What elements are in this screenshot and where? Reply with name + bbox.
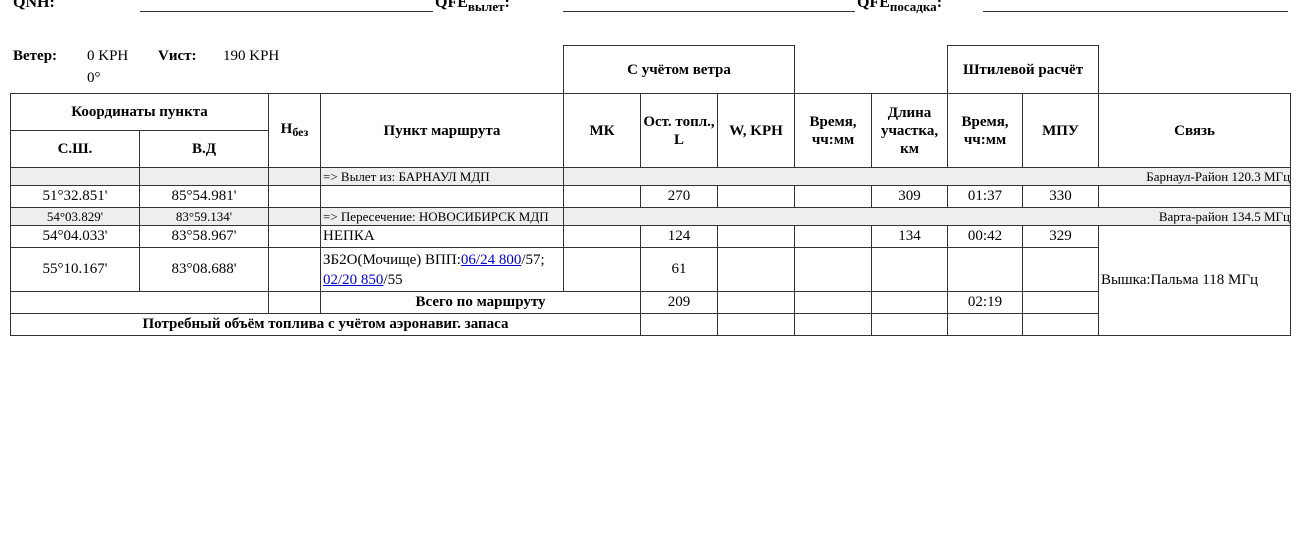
fuel-header: Ост. топл., L [641,94,718,168]
time-wind-cell [795,186,872,208]
qfe-landing-label: QFEпосадка: [857,0,942,15]
lon-cell: 83°59.134' [140,208,269,226]
with-wind-group-header: С учётом ветра [564,46,795,94]
mpu-cell: 329 [1023,226,1099,248]
table-row-event: 54°03.829' 83°59.134' => Пересечение: НО… [11,208,1291,226]
time-calm-cell [948,248,1023,292]
w-cell [718,186,795,208]
hbez-cell [269,186,321,208]
total-time-calm: 02:19 [948,292,1023,314]
total-row: Всего по маршруту 209 02:19 [11,292,1291,314]
lat-cell: 55°10.167' [11,248,140,292]
fuel-cell: 61 [641,248,718,292]
lat-header: С.Ш. [11,131,140,168]
lat-cell: 54°04.033' [11,226,140,248]
lat-cell: 54°03.829' [11,208,140,226]
length-header: Длина участка, км [872,94,948,168]
point-header: Пункт маршрута [321,94,564,168]
point-cell [321,186,564,208]
mpu-header: МПУ [1023,94,1099,168]
qnh-field[interactable] [140,11,433,12]
hbez-cell [269,248,321,292]
lon-cell: 83°58.967' [140,226,269,248]
qfe-landing-field[interactable] [983,11,1288,12]
total-label: Всего по маршруту [321,292,641,314]
calm-group-header: Штилевой расчёт [948,46,1099,94]
comm-header: Связь [1099,94,1291,168]
lon-cell: 83°08.688' [140,248,269,292]
coords-header: Координаты пункта [11,94,269,131]
w-cell [718,226,795,248]
runway-link-2[interactable]: 02/20 850 [323,272,383,288]
total-fuel: 209 [641,292,718,314]
hbez-header: Hбез [269,94,321,168]
required-fuel-row: Потребный объём топлива с учётом аэронав… [11,314,1291,336]
table-row-event: => Вылет из: БАРНАУЛ МДП Барнаул-Район 1… [11,168,1291,186]
pressure-line: QNH: QFEвылет: QFEпосадка: [0,0,1299,20]
event-comm: Барнаул-Район 120.3 МГц [564,168,1291,186]
runway-link-1[interactable]: 06/24 800 [461,252,521,268]
total-time-wind [795,292,872,314]
time-calm-cell: 00:42 [948,226,1023,248]
mpu-cell: 330 [1023,186,1099,208]
lon-header: В.Д [140,131,269,168]
hbez-cell [269,226,321,248]
length-cell [872,248,948,292]
point-cell: НЕПКА [321,226,564,248]
time-wind-header: Время, чч:мм [795,94,872,168]
mk-cell [564,226,641,248]
fuel-cell: 124 [641,226,718,248]
table-row: 54°04.033' 83°58.967' НЕПКА 124 134 00:4… [11,226,1291,248]
lat-cell: 51°32.851' [11,186,140,208]
point-cell: ЗБ2О(Мочище) ВПП:06/24 800/57;02/20 850/… [321,248,564,292]
w-header: W, KPH [718,94,795,168]
time-wind-cell [795,226,872,248]
required-fuel-label: Потребный объём топлива с учётом аэронав… [11,314,641,336]
required-fuel-value [641,314,718,336]
event-text: => Вылет из: БАРНАУЛ МДП [321,168,564,186]
w-cell [718,248,795,292]
fuel-cell: 270 [641,186,718,208]
lat-cell [11,168,140,186]
event-comm: Варта-район 134.5 МГц [564,208,1291,226]
table-row: 55°10.167' 83°08.688' ЗБ2О(Мочище) ВПП:0… [11,248,1291,292]
mk-header: МК [564,94,641,168]
qnh-label: QNH: [13,0,55,12]
comm-cell-tower: Вышка:Пальма 118 МГц [1099,226,1291,336]
qfe-departure-field[interactable] [563,11,855,12]
comm-cell [1099,186,1291,208]
total-length [872,292,948,314]
mk-cell [564,248,641,292]
time-calm-header: Время, чч:мм [948,94,1023,168]
time-wind-cell [795,248,872,292]
length-cell: 134 [872,226,948,248]
mk-cell [564,186,641,208]
route-table: С учётом ветра Штилевой расчёт Координат… [10,45,1291,336]
total-mpu [1023,292,1099,314]
time-calm-cell: 01:37 [948,186,1023,208]
length-cell: 309 [872,186,948,208]
qfe-departure-label: QFEвылет: [435,0,510,15]
lon-cell: 85°54.981' [140,186,269,208]
lon-cell [140,168,269,186]
event-text: => Пересечение: НОВОСИБИРСК МДП [321,208,564,226]
mpu-cell [1023,248,1099,292]
table-row: 51°32.851' 85°54.981' 270 309 01:37 330 [11,186,1291,208]
total-w [718,292,795,314]
